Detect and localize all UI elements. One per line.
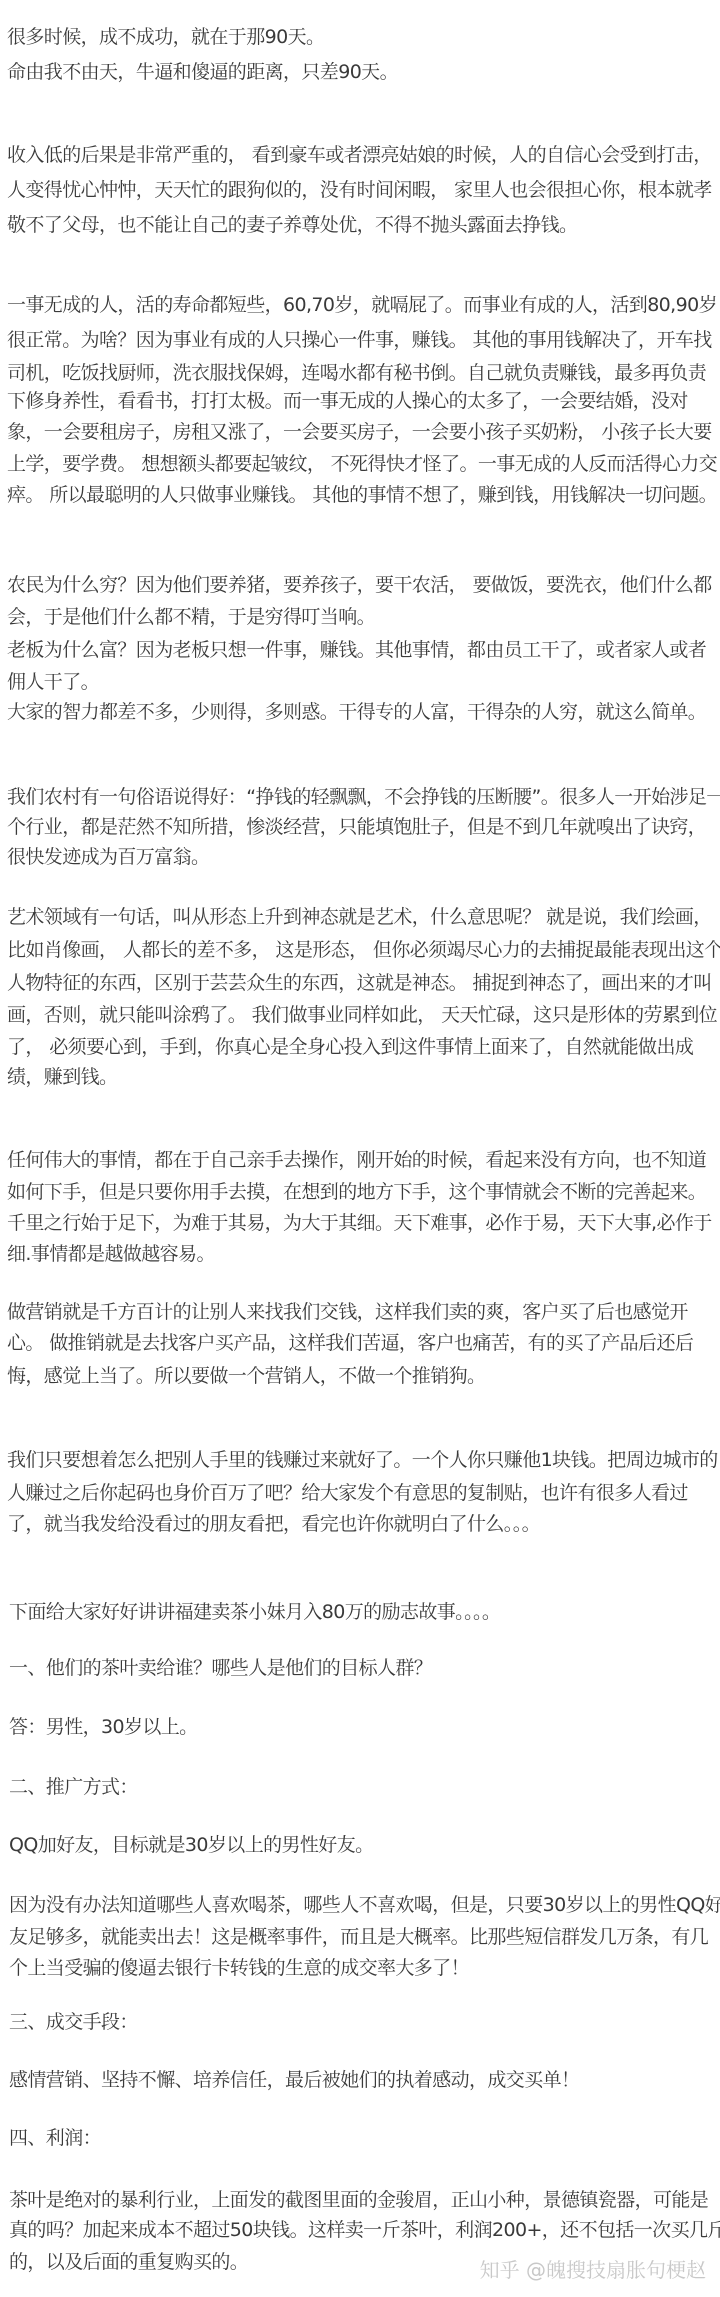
- paragraph-line: 下面给大家好好讲讲福建卖茶小妹月入80万的励志故事。。。。: [9, 1600, 500, 1624]
- paragraph-line: 答：男性，30岁以上。: [9, 1715, 198, 1739]
- paragraph-line: 个上当受骗的傻逼去银行卡转钱的生意的成交率大多了！: [9, 1956, 469, 1980]
- paragraph-line: 茶叶是绝对的暴利行业，上面发的截图里面的金骏眉，正山小种，景德镇瓷器，可能是: [9, 2188, 708, 2212]
- paragraph-line: 悔，感觉上当了。所以要做一个营销人，不做一个推销狗。: [7, 1364, 485, 1388]
- paragraph-line: 佣人干了。: [7, 670, 99, 694]
- paragraph-line: 收入低的后果是非常严重的， 看到豪车或者漂亮姑娘的时候，人的自信心会受到打击，: [7, 143, 712, 167]
- paragraph-line: 二、推广方式：: [9, 1775, 138, 1799]
- paragraph-line: 心。 做推销就是去找客户买产品，这样我们苦逼，客户也痛苦，有的买了产品后还后: [7, 1331, 693, 1355]
- paragraph-line: 了， 必须要心到，手到，你真心是全身心投入到这件事情上面来了，自然就能做出成: [7, 1035, 693, 1059]
- paragraph-line: 真的吗？加起来成本不超过50块钱。这样卖一斤茶叶，利润200+，还不包括一次买几…: [9, 2218, 720, 2242]
- paragraph-line: 人变得忧心忡忡，天天忙的跟狗似的，没有时间闲暇， 家里人也会很担心你，根本就孝: [7, 178, 712, 202]
- paragraph-line: 我们只要想着怎么把别人手里的钱赚过来就好了。一个人你只赚他1块钱。把周边城市的: [7, 1448, 718, 1472]
- paragraph-line: 三、成交手段：: [9, 2010, 138, 2034]
- paragraph-line: 一事无成的人，活的寿命都短些，60,70岁，就嗝屁了。而事业有成的人，活到80,…: [7, 293, 717, 317]
- paragraph-line: 命由我不由天，牛逼和傻逼的距离，只差90天。: [7, 60, 398, 84]
- paragraph-line: 人赚过之后你起码也身价百万了吧？给大家发个有意思的复制贴，也许有很多人看过: [7, 1481, 688, 1505]
- paragraph-line: 感情营销、坚持不懈、培养信任，最后被她们的执着感动，成交买单！: [9, 2068, 579, 2092]
- paragraph-line: 友足够多，就能卖出去！这是概率事件，而且是大概率。比那些短信群发几万条，有几: [9, 1925, 708, 1949]
- paragraph-line: 会，于是他们什么都不精，于是穷得叮当响。: [7, 605, 375, 629]
- paragraph-line: 个行业，都是茫然不知所措，惨淡经营，只能填饱肚子，但是不到几年就嗅出了诀窍，: [7, 815, 706, 839]
- paragraph-line: 老板为什么富？因为老板只想一件事，赚钱。其他事情，都由员工干了，或者家人或者: [7, 638, 706, 662]
- paragraph-line: 的，以及后面的重复购买的。: [9, 2250, 248, 2274]
- paragraph-line: 一、他们的茶叶卖给谁？哪些人是他们的目标人群？: [9, 1656, 432, 1680]
- paragraph-line: 农民为什么穷？因为他们要养猪，要养孩子，要干农活， 要做饭，要洗衣，他们什么都: [7, 573, 712, 597]
- paragraph-line: 了，就当我发给没看过的朋友看把，看完也许你就明白了什么。。。: [7, 1512, 540, 1536]
- paragraph-line: 画，否则，就只能叫涂鸦了。 我们做事业同样如此， 天天忙碌，这只是形体的劳累到位: [7, 1003, 717, 1027]
- paragraph-line: 绩，赚到钱。: [7, 1065, 117, 1089]
- paragraph-line: 比如肖像画， 人都长的差不多， 这是形态， 但你必须竭尽心力的去捕捉最能表现出这…: [7, 938, 720, 962]
- paragraph-line: 很正常。为啥？因为事业有成的人只操心一件事，赚钱。 其他的事用钱解决了，开车找: [7, 328, 712, 352]
- paragraph-line: 下修身养性，看看书，打打太极。而一事无成的人操心的太多了，一会要结婚，没对: [7, 389, 688, 413]
- paragraph-line: 千里之行始于足下，为难于其易，为大于其细。天下难事，必作于易，天下大事,必作于: [7, 1211, 712, 1235]
- paragraph-line: 很快发迹成为百万富翁。: [7, 845, 209, 869]
- paragraph-line: 任何伟大的事情，都在于自己亲手去操作，刚开始的时候，看起来没有方向，也不知道: [7, 1148, 706, 1172]
- paragraph-line: 象，一会要租房子，房租又涨了，一会要买房子，一会要小孩子买奶粉， 小孩子长大要: [7, 420, 712, 444]
- paragraph-line: 大家的智力都差不多，少则得，多则惑。干得专的人富，干得杂的人穷，就这么简单。: [7, 700, 706, 724]
- paragraph-line: 人物特征的东西，区别于芸芸众生的东西，这就是神态。 捕捉到神态了，画出来的才叫: [7, 971, 712, 995]
- paragraph-line: 细.事情都是越做越容易。: [7, 1242, 215, 1266]
- paragraph-line: QQ加好友，目标就是30岁以上的男性好友。: [9, 1833, 374, 1857]
- paragraph-line: 艺术领域有一句话，叫从形态上升到神态就是艺术，什么意思呢？ 就是说，我们绘画，: [7, 905, 712, 929]
- paragraph-line: 如何下手，但是只要你用手去摸，在想到的地方下手，这个事情就会不断的完善起来。: [7, 1180, 706, 1204]
- paragraph-line: 四、利润：: [9, 2126, 101, 2150]
- paragraph-line: 因为没有办法知道哪些人喜欢喝茶，哪些人不喜欢喝，但是，只要30岁以上的男性QQ好: [9, 1893, 720, 1917]
- paragraph-line: 我们农村有一句俗语说得好：“挣钱的轻飘飘，不会挣钱的压断腰”。很多人一开始涉足一: [7, 785, 720, 809]
- paragraph-line: 上学，要学费。 想想额头都要起皱纹， 不死得快才怪了。一事无成的人反而活得心力交: [7, 452, 717, 476]
- paragraph-line: 司机，吃饭找厨师，洗衣服找保姆，连喝水都有秘书倒。自己就负责赚钱，最多再负责: [7, 361, 706, 385]
- paragraph-line: 敬不了父母，也不能让自己的妻子养尊处优，不得不抛头露面去挣钱。: [7, 213, 577, 237]
- paragraph-line: 瘁。 所以最聪明的人只做事业赚钱。 其他的事情不想了，赚到钱，用钱解决一切问题。: [7, 483, 717, 507]
- zhihu-watermark: 知乎 @魄搜技扇胀句梗赵: [480, 2254, 706, 2283]
- paragraph-line: 做营销就是千方百计的让别人来找我们交钱，这样我们卖的爽，客户买了后也感觉开: [7, 1300, 688, 1324]
- paragraph-line: 很多时候，成不成功，就在于那90天。: [7, 25, 324, 49]
